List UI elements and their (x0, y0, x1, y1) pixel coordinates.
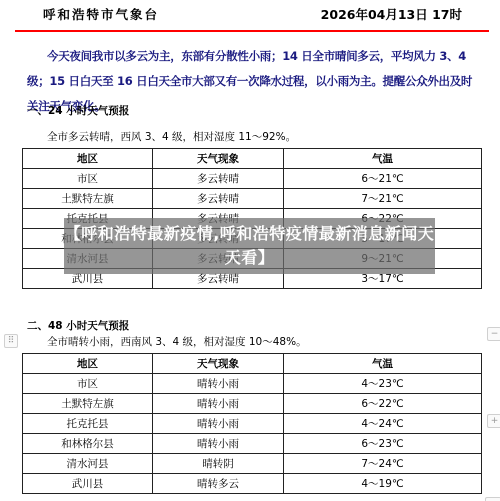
table-row: 土默特左旗 晴转小雨 6～22℃ (23, 394, 482, 414)
region-cell: 土默特左旗 (23, 394, 153, 414)
document-header: 呼和浩特市气象台 2026年04月13日 17时 (0, 0, 500, 32)
section-24h-title: 一、24 小时天气预报 (27, 103, 129, 118)
collapse-button[interactable]: − (487, 327, 500, 341)
header-region: 地区 (23, 149, 153, 169)
expand-button[interactable]: + (487, 414, 500, 428)
temperature-cell: 6～22℃ (284, 394, 482, 414)
forecast-table-48h: 地区 天气现象 气温 市区 晴转小雨 4～23℃ 土默特左旗 晴转小雨 6～22… (22, 353, 482, 494)
temperature-cell: 6～21℃ (284, 169, 482, 189)
table-header-row: 地区 天气现象 气温 (23, 149, 482, 169)
caption-overlay: 【呼和浩特最新疫情,呼和浩特疫情最新消息新闻天天看】 (64, 218, 435, 274)
bottom-control-button[interactable] (485, 497, 500, 501)
plus-icon: + (491, 416, 499, 426)
region-cell: 市区 (23, 169, 153, 189)
drag-handle-button[interactable]: ⠿ (4, 334, 18, 348)
agency-name: 呼和浩特市气象台 (43, 5, 159, 23)
temperature-cell: 4～24℃ (284, 414, 482, 434)
weather-cell: 晴转小雨 (153, 394, 284, 414)
temperature-cell: 6～23℃ (284, 434, 482, 454)
header-divider (15, 30, 489, 32)
minus-icon: − (491, 329, 499, 339)
weather-cell: 晴转小雨 (153, 414, 284, 434)
header-region: 地区 (23, 354, 153, 374)
region-cell: 土默特左旗 (23, 189, 153, 209)
section-48h-subtitle: 全市晴转小雨，西南风 3、4 级，相对湿度 10～48%。 (47, 334, 307, 349)
weather-cell: 晴转小雨 (153, 374, 284, 394)
weather-cell: 多云转晴 (153, 169, 284, 189)
weather-cell: 晴转多云 (153, 474, 284, 494)
table-row: 武川县 晴转多云 4～19℃ (23, 474, 482, 494)
section-24h-subtitle: 全市多云转晴，西风 3、4 级，相对湿度 11～92%。 (47, 129, 296, 144)
section-48h-title: 二、48 小时天气预报 (27, 318, 129, 333)
header-weather: 天气现象 (153, 149, 284, 169)
region-cell: 武川县 (23, 474, 153, 494)
issue-time: 2026年04月13日 17时 (321, 5, 462, 23)
table-row: 市区 多云转晴 6～21℃ (23, 169, 482, 189)
weather-cell: 晴转小雨 (153, 434, 284, 454)
table-header-row: 地区 天气现象 气温 (23, 354, 482, 374)
region-cell: 托克托县 (23, 414, 153, 434)
table-row: 托克托县 晴转小雨 4～24℃ (23, 414, 482, 434)
temperature-cell: 4～19℃ (284, 474, 482, 494)
drag-handle-icon: ⠿ (8, 336, 15, 346)
header-weather: 天气现象 (153, 354, 284, 374)
temperature-cell: 7～24℃ (284, 454, 482, 474)
region-cell: 市区 (23, 374, 153, 394)
weather-cell: 晴转阴 (153, 454, 284, 474)
table-row: 和林格尔县 晴转小雨 6～23℃ (23, 434, 482, 454)
region-cell: 和林格尔县 (23, 434, 153, 454)
table-row: 市区 晴转小雨 4～23℃ (23, 374, 482, 394)
header-temperature: 气温 (284, 149, 482, 169)
temperature-cell: 7～21℃ (284, 189, 482, 209)
temperature-cell: 4～23℃ (284, 374, 482, 394)
region-cell: 清水河县 (23, 454, 153, 474)
header-temperature: 气温 (284, 354, 482, 374)
weather-cell: 多云转晴 (153, 189, 284, 209)
table-row: 清水河县 晴转阴 7～24℃ (23, 454, 482, 474)
table-row: 土默特左旗 多云转晴 7～21℃ (23, 189, 482, 209)
